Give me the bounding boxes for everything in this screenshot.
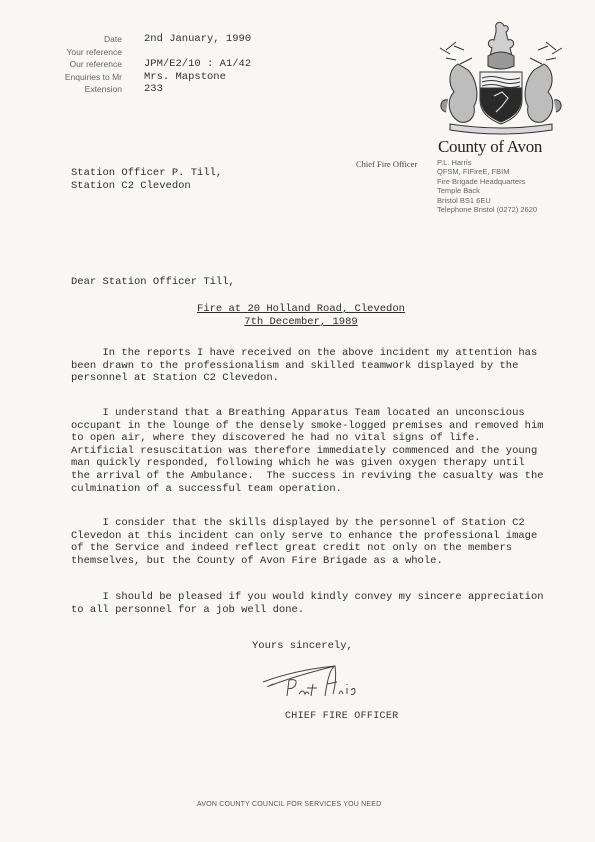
- subject-date: 7th December, 1989: [244, 316, 357, 328]
- sender-address-line: Fire Brigade Headquarters: [437, 177, 537, 186]
- letter-page: Date Your reference Our reference Enquir…: [0, 0, 595, 842]
- reference-labels: Date Your reference Our reference Enquir…: [40, 33, 122, 96]
- body-paragraph: I should be pleased if you would kindly …: [71, 591, 541, 616]
- subject: Fire at 20 Holland Road, Clevedon 7th De…: [186, 303, 416, 329]
- extension-label: Extension: [40, 83, 122, 96]
- your-reference-label: Your reference: [40, 46, 122, 59]
- date-label: Date: [40, 33, 122, 46]
- sender-address-line: Bristol BS1 6EU: [437, 196, 537, 205]
- date-value: 2nd January, 1990: [144, 33, 251, 46]
- footer-slogan: AVON COUNTY COUNCIL FOR SERVICES YOU NEE…: [197, 801, 381, 808]
- body-paragraph: In the reports I have received on the ab…: [71, 347, 541, 385]
- signature-icon: [255, 660, 375, 705]
- enquiries-label: Enquiries to Mr: [40, 71, 122, 84]
- coat-of-arms-icon: [436, 20, 566, 138]
- sender-qualifications: QFSM, FIFireE, FBIM: [437, 167, 537, 176]
- reference-values: 2nd January, 1990 JPM/E2/10 : A1/42 Mrs.…: [144, 33, 251, 96]
- sender-address-line: Temple Back: [437, 186, 537, 195]
- sender-telephone: Telephone Bristol (0272) 2620: [437, 205, 537, 214]
- sender-name: P.L. Harris: [437, 158, 537, 167]
- our-reference-value: JPM/E2/10 : A1/42: [144, 58, 251, 71]
- county-name: County of Avon: [438, 137, 542, 157]
- body-paragraph: I understand that a Breathing Apparatus …: [71, 407, 541, 495]
- addressee-line: Station Officer P. Till,: [71, 167, 222, 180]
- addressee: Station Officer P. Till, Station C2 Clev…: [71, 167, 222, 192]
- enquiries-value: Mrs. Mapstone: [144, 71, 251, 84]
- subject-line: Fire at 20 Holland Road, Clevedon: [197, 303, 405, 315]
- signer-title: CHIEF FIRE OFFICER: [285, 711, 398, 722]
- addressee-line: Station C2 Clevedon: [71, 180, 222, 193]
- valediction: Yours sincerely,: [252, 640, 353, 652]
- our-reference-label: Our reference: [40, 58, 122, 71]
- salutation: Dear Station Officer Till,: [71, 276, 235, 288]
- your-reference-value: [144, 46, 251, 59]
- sender-label: Chief Fire Officer: [356, 159, 417, 169]
- sender-address: P.L. Harris QFSM, FIFireE, FBIM Fire Bri…: [437, 158, 537, 214]
- extension-value: 233: [144, 83, 251, 96]
- body-paragraph: I consider that the skills displayed by …: [71, 517, 541, 567]
